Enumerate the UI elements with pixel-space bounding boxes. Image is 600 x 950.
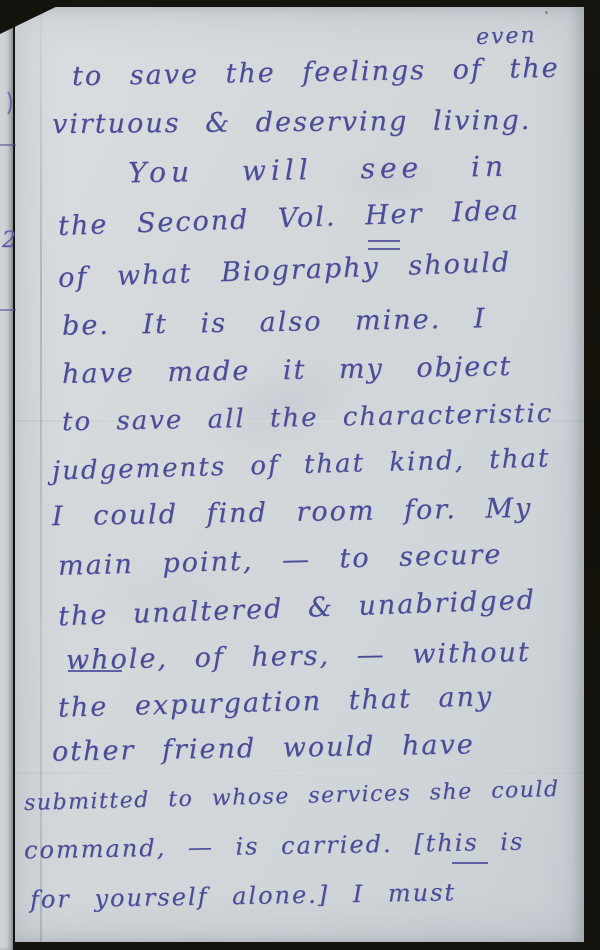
margin-ink-mark: [0, 309, 16, 311]
underline-mark: [68, 666, 122, 672]
margin-ink-mark: [0, 144, 16, 146]
letter-insertion-word: even: [476, 23, 537, 50]
underline-mark: [452, 858, 488, 864]
page-number-note: 2: [2, 228, 16, 253]
letter-line: virtuous & deserving living.: [52, 105, 532, 140]
letter-line: You will see in: [128, 150, 509, 190]
adjacent-page-sliver: [0, 26, 13, 950]
fold-crease-horizontal: [15, 772, 584, 774]
scanned-letter-page: 2 even to save the feelings of the virtu…: [0, 0, 600, 950]
scan-speck: [545, 11, 548, 14]
double-underline-mark: [368, 240, 400, 250]
